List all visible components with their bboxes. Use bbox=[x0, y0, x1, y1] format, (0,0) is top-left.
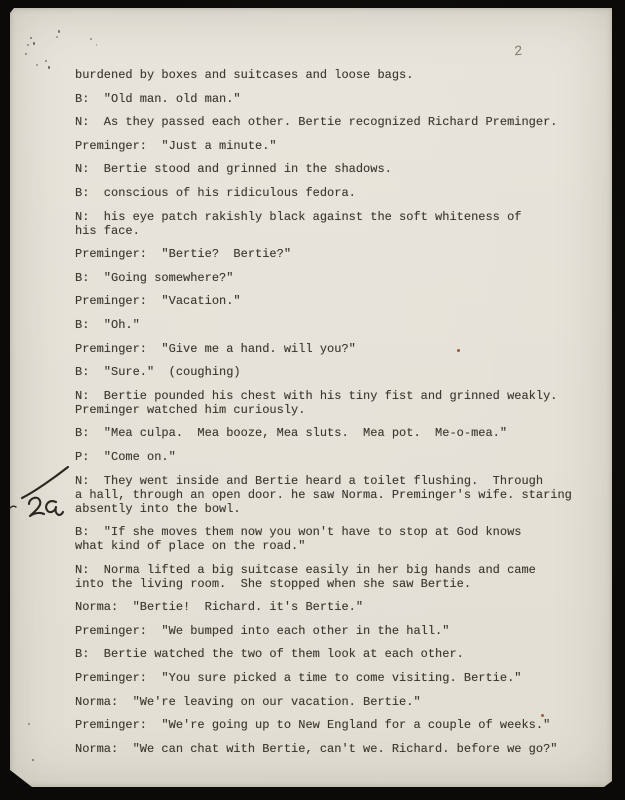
script-line: N: his eye patch rakishly black against … bbox=[75, 210, 602, 224]
script-line: Preminger: "We're going up to New Englan… bbox=[75, 718, 602, 732]
script-paragraph: N: his eye patch rakishly black against … bbox=[75, 210, 602, 238]
script-line: N: Bertie pounded his chest with his tin… bbox=[75, 389, 602, 403]
script-line: N: Bertie stood and grinned in the shado… bbox=[75, 162, 602, 176]
handwritten-a bbox=[46, 501, 63, 515]
script-paragraph: N: Bertie stood and grinned in the shado… bbox=[75, 162, 602, 176]
script-line: N: They went inside and Bertie heard a t… bbox=[75, 474, 602, 488]
script-line: Preminger: "We bumped into each other in… bbox=[75, 624, 602, 638]
script-line: Preminger: "Vacation." bbox=[75, 294, 602, 308]
ink-speckle bbox=[30, 37, 32, 39]
script-line: B: "Oh." bbox=[75, 318, 602, 332]
ink-speckle bbox=[58, 30, 60, 33]
script-paragraph: N: They went inside and Bertie heard a t… bbox=[75, 474, 602, 516]
script-line: B: conscious of his ridiculous fedora. bbox=[75, 186, 602, 200]
ink-speckle bbox=[36, 64, 38, 66]
script-line: N: As they passed each other. Bertie rec… bbox=[75, 115, 602, 129]
handwritten-margin-annotation-2a bbox=[8, 458, 88, 528]
script-paragraph: N: Bertie pounded his chest with his tin… bbox=[75, 389, 602, 417]
script-paragraph: burdened by boxes and suitcases and loos… bbox=[75, 68, 602, 82]
script-paragraph: N: As they passed each other. Bertie rec… bbox=[75, 115, 602, 129]
script-line: Preminger: "Just a minute." bbox=[75, 139, 602, 153]
ink-speckle bbox=[28, 723, 30, 725]
script-paragraph: Norma: "We can chat with Bertie, can't w… bbox=[75, 742, 602, 756]
script-line: Preminger: "You sure picked a time to co… bbox=[75, 671, 602, 685]
script-paragraph: B: conscious of his ridiculous fedora. bbox=[75, 186, 602, 200]
script-paragraph: Preminger: "We're going up to New Englan… bbox=[75, 718, 602, 732]
script-paragraph: P: "Come on." bbox=[75, 450, 602, 464]
script-line: B: Bertie watched the two of them look a… bbox=[75, 647, 602, 661]
script-line: into the living room. She stopped when s… bbox=[75, 577, 602, 591]
script-paragraph: Preminger: "You sure picked a time to co… bbox=[75, 671, 602, 685]
edge-tick bbox=[10, 506, 16, 508]
script-paragraph: B: "Sure." (coughing) bbox=[75, 365, 602, 379]
script-paragraph: Preminger: "We bumped into each other in… bbox=[75, 624, 602, 638]
script-paragraph: Preminger: "Vacation." bbox=[75, 294, 602, 308]
ink-speckle bbox=[33, 42, 35, 45]
script-line: a hall, through an open door. he saw Nor… bbox=[75, 488, 602, 502]
ink-speckle bbox=[27, 44, 29, 46]
script-paragraph: B: "Oh." bbox=[75, 318, 602, 332]
script-line: Norma: "We're leaving on our vacation. B… bbox=[75, 695, 602, 709]
script-paragraph: B: "Old man. old man." bbox=[75, 92, 602, 106]
script-line: Norma: "We can chat with Bertie, can't w… bbox=[75, 742, 602, 756]
script-paragraph: Norma: "Bertie! Richard. it's Bertie." bbox=[75, 600, 602, 614]
slash-mark bbox=[22, 467, 68, 498]
script-line: B: "Sure." (coughing) bbox=[75, 365, 602, 379]
script-line: his face. bbox=[75, 224, 602, 238]
script-paragraph: Preminger: "Give me a hand. will you?" bbox=[75, 342, 602, 356]
script-line: what kind of place on the road." bbox=[75, 539, 602, 553]
script-line: Preminger watched him curiously. bbox=[75, 403, 602, 417]
scanned-script-page: { "page": { "page_number": "2", "margin_… bbox=[0, 0, 625, 800]
script-paragraph: B: "Going somewhere?" bbox=[75, 271, 602, 285]
script-line: B: "Old man. old man." bbox=[75, 92, 602, 106]
script-line: Norma: "Bertie! Richard. it's Bertie." bbox=[75, 600, 602, 614]
ink-speckle bbox=[90, 38, 92, 40]
script-line: B: "Mea culpa. Mea booze, Mea sluts. Mea… bbox=[75, 426, 602, 440]
script-paragraph: B: Bertie watched the two of them look a… bbox=[75, 647, 602, 661]
script-body: burdened by boxes and suitcases and loos… bbox=[75, 68, 602, 765]
ink-speckle bbox=[45, 60, 47, 62]
script-line: N: Norma lifted a big suitcase easily in… bbox=[75, 563, 602, 577]
script-paragraph: B: "Mea culpa. Mea booze, Mea sluts. Mea… bbox=[75, 426, 602, 440]
script-line: burdened by boxes and suitcases and loos… bbox=[75, 68, 602, 82]
script-line: B: "If she moves them now you won't have… bbox=[75, 525, 602, 539]
script-paragraph: Norma: "We're leaving on our vacation. B… bbox=[75, 695, 602, 709]
script-line: Preminger: "Give me a hand. will you?" bbox=[75, 342, 602, 356]
script-paragraph: N: Norma lifted a big suitcase easily in… bbox=[75, 563, 602, 591]
script-line: absently into the bowl. bbox=[75, 502, 602, 516]
script-line: Preminger: "Bertie? Bertie?" bbox=[75, 247, 602, 261]
ink-speckle bbox=[96, 44, 97, 46]
ink-speckle bbox=[32, 759, 34, 761]
ink-speckle bbox=[25, 53, 27, 55]
script-line: P: "Come on." bbox=[75, 450, 602, 464]
script-line: B: "Going somewhere?" bbox=[75, 271, 602, 285]
ink-speckle bbox=[48, 66, 50, 69]
paper-sheet: 2 burdened by boxes and suitcases and lo… bbox=[10, 8, 612, 787]
script-paragraph: Preminger: "Just a minute." bbox=[75, 139, 602, 153]
ink-speckle bbox=[56, 36, 58, 38]
page-number: 2 bbox=[514, 43, 523, 60]
handwritten-2 bbox=[29, 498, 44, 516]
script-paragraph: B: "If she moves them now you won't have… bbox=[75, 525, 602, 553]
script-paragraph: Preminger: "Bertie? Bertie?" bbox=[75, 247, 602, 261]
